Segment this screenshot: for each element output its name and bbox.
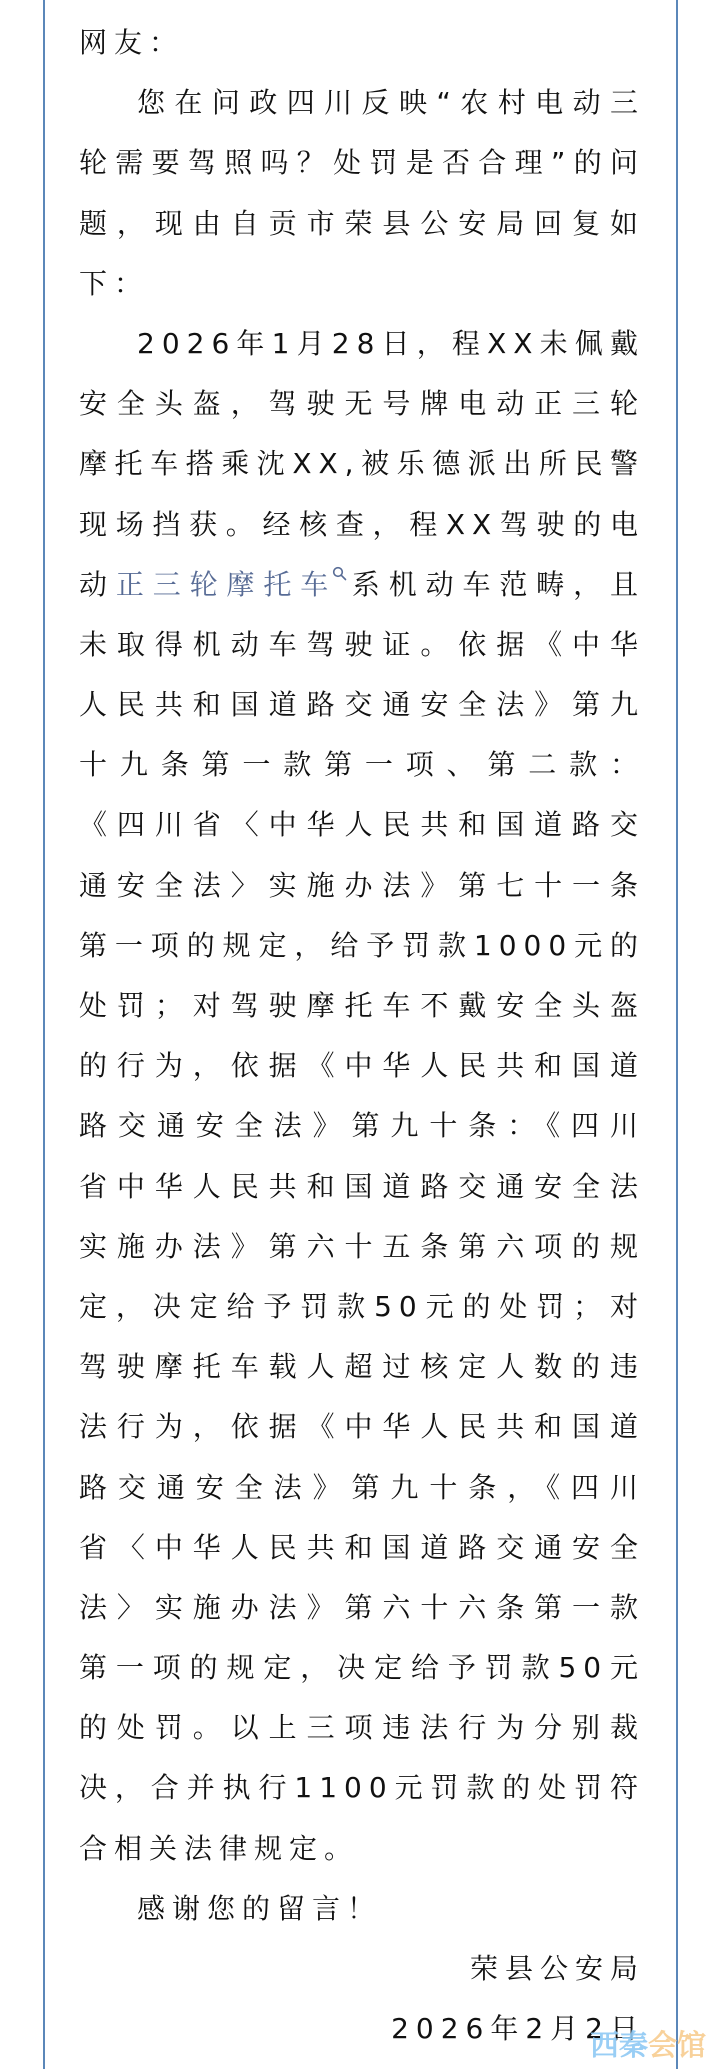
text-line: 路交通安全法》第九十条，《四川 bbox=[79, 1458, 645, 1518]
text-line: 题，现由自贡市荣县公安局回复如 bbox=[79, 194, 645, 254]
watermark-logo: 西秦会馆 bbox=[590, 2029, 706, 2061]
text-line: 未取得机动车驾驶证。依据《中华 bbox=[79, 615, 645, 675]
text-line: 的行为，依据《中华人民共和国道 bbox=[79, 1036, 645, 1096]
text-line: 路交通安全法》第九十条：《四川 bbox=[79, 1096, 645, 1156]
text-line: 省中华人民共和国道路交通安全法 bbox=[79, 1157, 645, 1217]
text-line: 合相关法律规定。 bbox=[79, 1819, 645, 1879]
text-line: 2026年1月28日，程XX未佩戴 bbox=[79, 314, 645, 374]
text-line: 第一项的规定，给予罚款1000元的 bbox=[79, 916, 645, 976]
keyword-link-text[interactable]: 正三轮摩托车 bbox=[116, 568, 337, 601]
search-icon[interactable] bbox=[332, 566, 347, 581]
text-segment: 系机动车范畴，且 bbox=[350, 568, 645, 601]
text-line: 通安全法〉实施办法》第七十一条 bbox=[79, 856, 645, 916]
text-line: 摩托车搭乘沈XX,被乐德派出所民警 bbox=[79, 434, 645, 494]
text-line: 《四川省〈中华人民共和国道路交 bbox=[79, 795, 645, 855]
text-line: 人民共和国道路交通安全法》第九 bbox=[79, 675, 645, 735]
signature-date: 2026年2月2日 bbox=[79, 1999, 645, 2059]
text-line: 法〉实施办法》第六十六条第一款 bbox=[79, 1578, 645, 1638]
text-line: 下： bbox=[79, 254, 645, 314]
text-line: 定，决定给予罚款50元的处罚；对 bbox=[79, 1277, 645, 1337]
text-line-with-link: 动正三轮摩托车系机动车范畴，且 bbox=[79, 555, 645, 615]
text-line: 第一项的规定，决定给予罚款50元 bbox=[79, 1638, 645, 1698]
text-line: 驾驶摩托车载人超过核定人数的违 bbox=[79, 1337, 645, 1397]
text-line: 安全头盔，驾驶无号牌电动正三轮 bbox=[79, 374, 645, 434]
text-line: 决，合并执行1100元罚款的处罚符 bbox=[79, 1758, 645, 1818]
text-line: 您在问政四川反映“农村电动三 bbox=[79, 73, 645, 133]
text-line: 的处罚。以上三项违法行为分别裁 bbox=[79, 1698, 645, 1758]
text-segment: 动 bbox=[79, 568, 116, 601]
text-line: 实施办法》第六十五条第六项的规 bbox=[79, 1217, 645, 1277]
keyword-link[interactable]: 正三轮摩托车 bbox=[116, 568, 350, 601]
greeting: 网友： bbox=[79, 13, 645, 73]
signature: 荣县公安局 bbox=[79, 1939, 645, 1999]
closing-line: 感谢您的留言！ bbox=[79, 1879, 645, 1939]
text-line: 现场挡获。经核查，程XX驾驶的电 bbox=[79, 495, 645, 555]
text-line: 轮需要驾照吗？处罚是否合理”的问 bbox=[79, 133, 645, 193]
text-line: 处罚；对驾驶摩托车不戴安全头盔 bbox=[79, 976, 645, 1036]
text-line: 省〈中华人民共和国道路交通安全 bbox=[79, 1518, 645, 1578]
text-line: 法行为，依据《中华人民共和国道 bbox=[79, 1397, 645, 1457]
watermark-text-blue: 西秦 bbox=[590, 2028, 648, 2062]
letter-body: 网友： 您在问政四川反映“农村电动三 轮需要驾照吗？处罚是否合理”的问 题，现由… bbox=[79, 13, 645, 2059]
watermark-text-orange: 会馆 bbox=[648, 2028, 706, 2062]
text-line: 十九条第一款第一项、第二款： bbox=[79, 735, 645, 795]
